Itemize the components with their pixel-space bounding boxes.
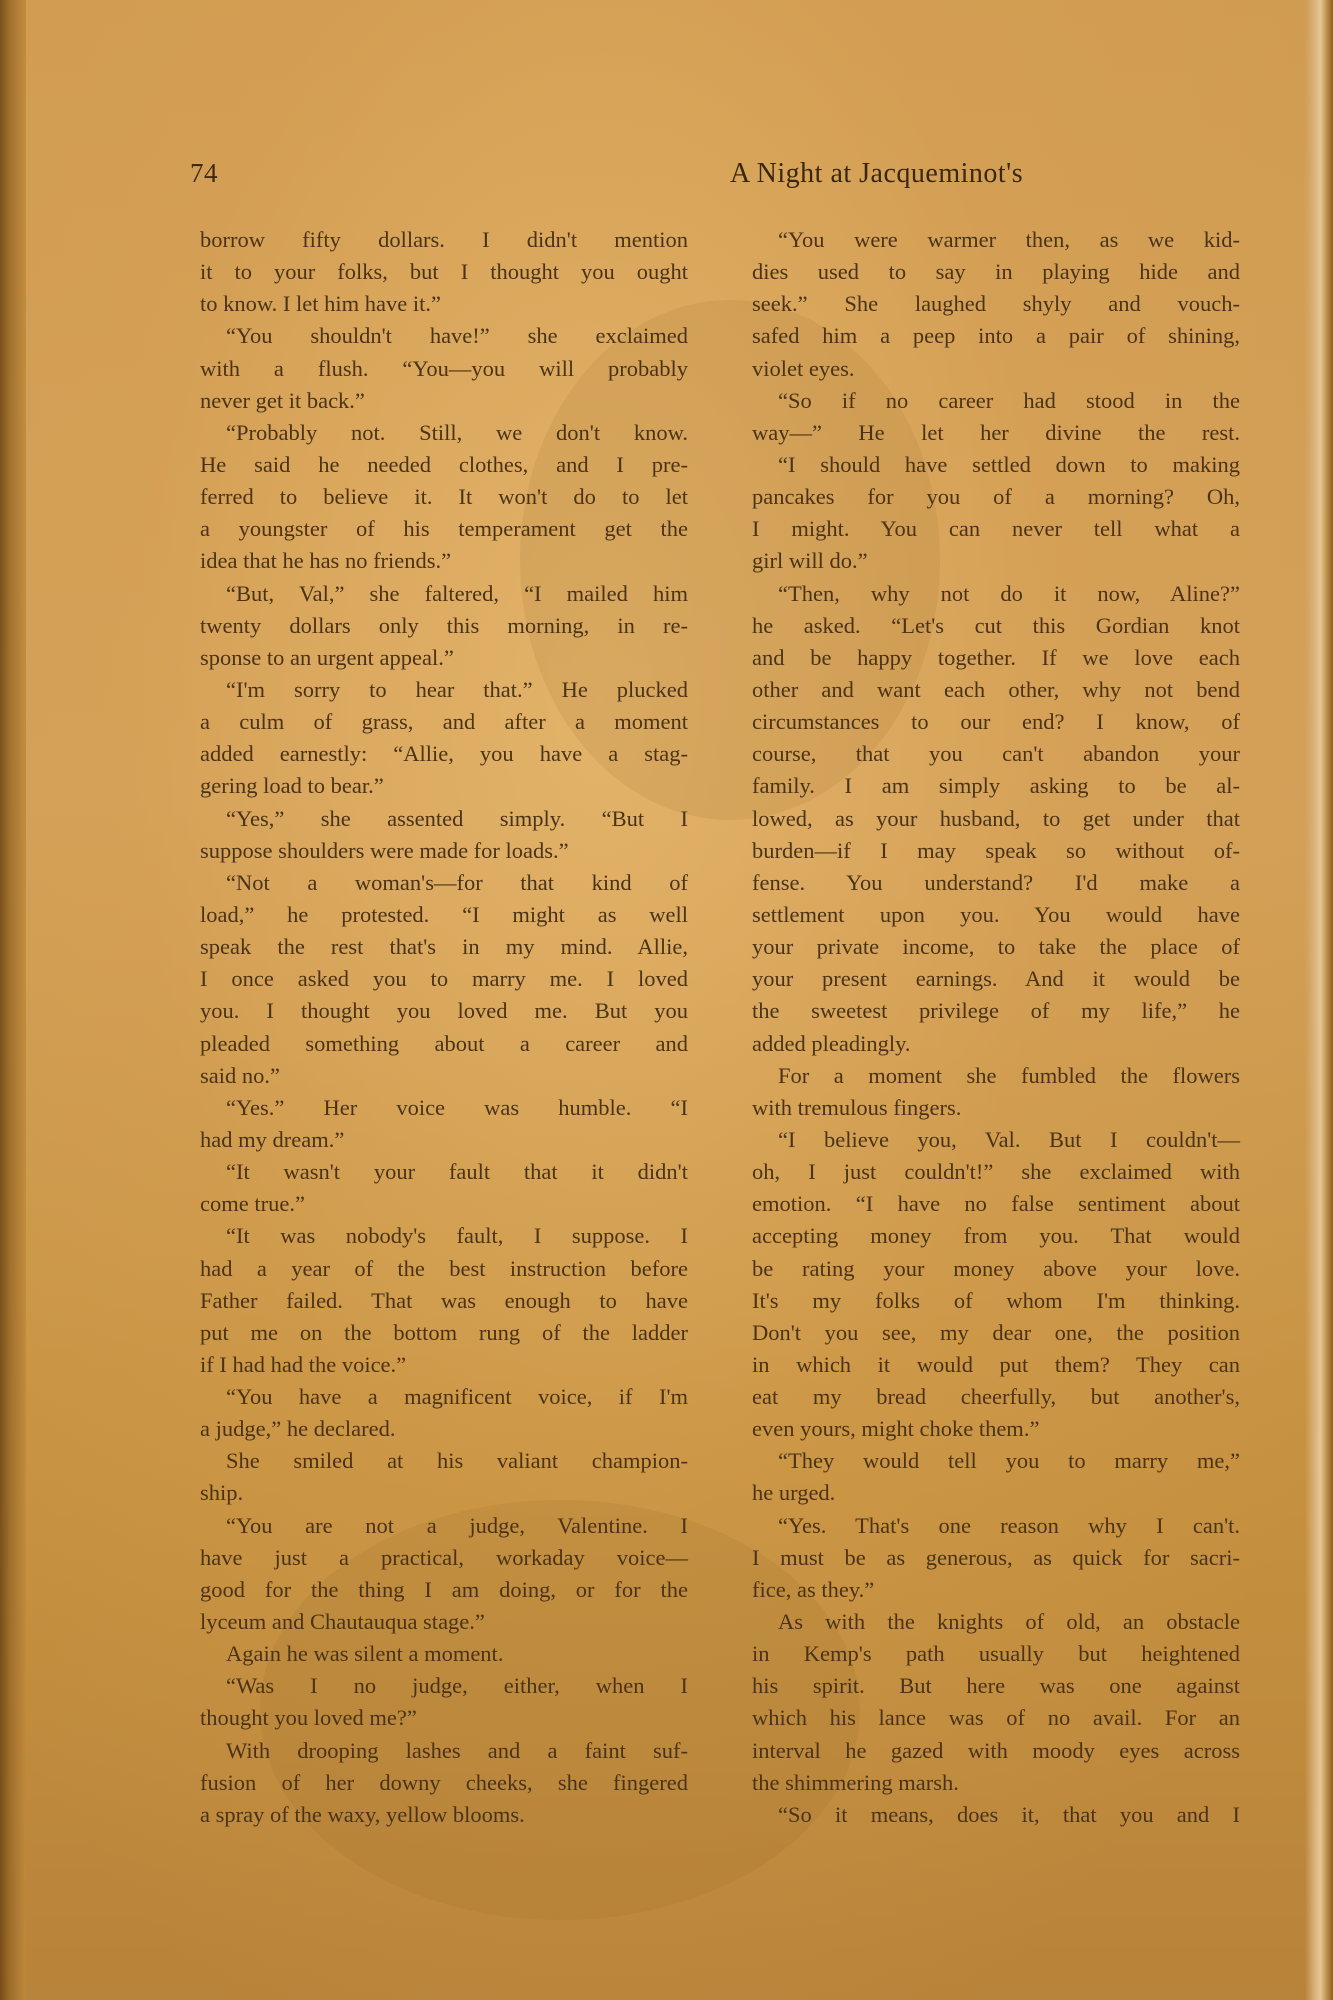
text-line: other and want each other, why not bend [752, 674, 1240, 706]
text-line: and be happy together. If we love each [752, 642, 1240, 674]
text-line: “I should have settled down to making [752, 449, 1240, 481]
text-line: added pleadingly. [752, 1028, 1240, 1060]
text-line: he asked. “Let's cut this Gordian knot [752, 610, 1240, 642]
text-line: thought you loved me?” [200, 1702, 688, 1734]
text-line: “So if no career had stood in the [752, 385, 1240, 417]
text-line: “It was nobody's fault, I suppose. I [200, 1220, 688, 1252]
text-line: put me on the bottom rung of the ladder [200, 1317, 688, 1349]
text-line: I must be as generous, as quick for sacr… [752, 1542, 1240, 1574]
text-line: She smiled at his valiant champion- [200, 1445, 688, 1477]
text-line: girl will do.” [752, 545, 1240, 577]
text-line: ship. [200, 1477, 688, 1509]
text-line: which his lance was of no avail. For an [752, 1702, 1240, 1734]
text-line: your present earnings. And it would be [752, 963, 1240, 995]
text-line: course, that you can't abandon your [752, 738, 1240, 770]
text-line: “It wasn't your fault that it didn't [200, 1156, 688, 1188]
text-line: burden—if I may speak so without of- [752, 835, 1240, 867]
text-line: oh, I just couldn't!” she exclaimed with [752, 1156, 1240, 1188]
text-line: with tremulous fingers. [752, 1092, 1240, 1124]
text-line: “You were warmer then, as we kid- [752, 224, 1240, 256]
text-line: even yours, might choke them.” [752, 1413, 1240, 1445]
text-column-right: “You were warmer then, as we kid-dies us… [752, 224, 1240, 1831]
text-line: “They would tell you to marry me,” [752, 1445, 1240, 1477]
text-line: “Yes.” Her voice was humble. “I [200, 1092, 688, 1124]
text-column-left: borrow fifty dollars. I didn't mentionit… [200, 224, 688, 1831]
text-line: if I had had the voice.” [200, 1349, 688, 1381]
text-line: fense. You understand? I'd make a [752, 867, 1240, 899]
text-line: Don't you see, my dear one, the position [752, 1317, 1240, 1349]
text-line: seek.” She laughed shyly and vouch- [752, 288, 1240, 320]
text-line: had a year of the best instruction befor… [200, 1253, 688, 1285]
text-line: fusion of her downy cheeks, she fingered [200, 1767, 688, 1799]
text-line: I might. You can never tell what a [752, 513, 1240, 545]
text-line: “You are not a judge, Valentine. I [200, 1510, 688, 1542]
text-line: way—” He let her divine the rest. [752, 417, 1240, 449]
text-line: Again he was silent a moment. [200, 1638, 688, 1670]
running-title: A Night at Jacqueminot's [540, 158, 1140, 190]
text-line: be rating your money above your love. [752, 1253, 1240, 1285]
text-line: you. I thought you loved me. But you [200, 995, 688, 1027]
text-line: borrow fifty dollars. I didn't mention [200, 224, 688, 256]
text-line: With drooping lashes and a faint suf- [200, 1735, 688, 1767]
text-line: a youngster of his temperament get the [200, 513, 688, 545]
text-line: in Kemp's path usually but heightened [752, 1638, 1240, 1670]
text-line: I once asked you to marry me. I loved [200, 963, 688, 995]
text-line: “You have a magnificent voice, if I'm [200, 1381, 688, 1413]
text-line: “I'm sorry to hear that.” He plucked [200, 674, 688, 706]
text-line: “I believe you, Val. But I couldn't— [752, 1124, 1240, 1156]
text-line: He said he needed clothes, and I pre- [200, 449, 688, 481]
page-edge [1305, 0, 1333, 2000]
text-line: ferred to believe it. It won't do to let [200, 481, 688, 513]
text-line: lyceum and Chautauqua stage.” [200, 1606, 688, 1638]
text-line: added earnestly: “Allie, you have a stag… [200, 738, 688, 770]
text-line: fice, as they.” [752, 1574, 1240, 1606]
page-number: 74 [190, 158, 218, 189]
text-line: settlement upon you. You would have [752, 899, 1240, 931]
text-line: he urged. [752, 1477, 1240, 1509]
text-line: dies used to say in playing hide and [752, 256, 1240, 288]
text-line: eat my bread cheerfully, but another's, [752, 1381, 1240, 1413]
text-line: For a moment she fumbled the flowers [752, 1060, 1240, 1092]
text-line: your private income, to take the place o… [752, 931, 1240, 963]
text-line: pleaded something about a career and [200, 1028, 688, 1060]
text-line: twenty dollars only this morning, in re- [200, 610, 688, 642]
text-line: the shimmering marsh. [752, 1767, 1240, 1799]
text-line: interval he gazed with moody eyes across [752, 1735, 1240, 1767]
text-line: “Not a woman's—for that kind of [200, 867, 688, 899]
text-line: had my dream.” [200, 1124, 688, 1156]
text-line: “You shouldn't have!” she exclaimed [200, 320, 688, 352]
text-line: have just a practical, workaday voice— [200, 1542, 688, 1574]
text-line: emotion. “I have no false sentiment abou… [752, 1188, 1240, 1220]
text-line: As with the knights of old, an obstacle [752, 1606, 1240, 1638]
text-line: family. I am simply asking to be al- [752, 770, 1240, 802]
text-line: suppose shoulders were made for loads.” [200, 835, 688, 867]
text-line: It's my folks of whom I'm thinking. [752, 1285, 1240, 1317]
text-line: circumstances to our end? I know, of [752, 706, 1240, 738]
text-line: “So it means, does it, that you and I [752, 1799, 1240, 1831]
text-line: “Yes. That's one reason why I can't. [752, 1510, 1240, 1542]
text-line: sponse to an urgent appeal.” [200, 642, 688, 674]
text-line: come true.” [200, 1188, 688, 1220]
text-line: idea that he has no friends.” [200, 545, 688, 577]
text-line: a spray of the waxy, yellow blooms. [200, 1799, 688, 1831]
text-line: it to your folks, but I thought you ough… [200, 256, 688, 288]
text-line: said no.” [200, 1060, 688, 1092]
text-line: gering load to bear.” [200, 770, 688, 802]
text-line: “But, Val,” she faltered, “I mailed him [200, 578, 688, 610]
text-line: good for the thing I am doing, or for th… [200, 1574, 688, 1606]
text-line: speak the rest that's in my mind. Allie, [200, 931, 688, 963]
book-spine-shadow [0, 0, 26, 2000]
book-page: 74 A Night at Jacqueminot's borrow fifty… [0, 0, 1333, 2000]
text-line: a judge,” he declared. [200, 1413, 688, 1445]
text-line: Father failed. That was enough to have [200, 1285, 688, 1317]
text-line: to know. I let him have it.” [200, 288, 688, 320]
text-line: with a flush. “You—you will probably [200, 353, 688, 385]
running-header: 74 A Night at Jacqueminot's [190, 158, 1280, 198]
text-line: never get it back.” [200, 385, 688, 417]
text-line: accepting money from you. That would [752, 1220, 1240, 1252]
text-line: load,” he protested. “I might as well [200, 899, 688, 931]
text-line: a culm of grass, and after a moment [200, 706, 688, 738]
text-line: “Yes,” she assented simply. “But I [200, 803, 688, 835]
text-line: “Was I no judge, either, when I [200, 1670, 688, 1702]
text-line: his spirit. But here was one against [752, 1670, 1240, 1702]
text-line: lowed, as your husband, to get under tha… [752, 803, 1240, 835]
text-line: pancakes for you of a morning? Oh, [752, 481, 1240, 513]
text-line: “Probably not. Still, we don't know. [200, 417, 688, 449]
text-line: the sweetest privilege of my life,” he [752, 995, 1240, 1027]
text-line: violet eyes. [752, 353, 1240, 385]
text-line: in which it would put them? They can [752, 1349, 1240, 1381]
text-line: “Then, why not do it now, Aline?” [752, 578, 1240, 610]
text-line: safed him a peep into a pair of shining, [752, 320, 1240, 352]
